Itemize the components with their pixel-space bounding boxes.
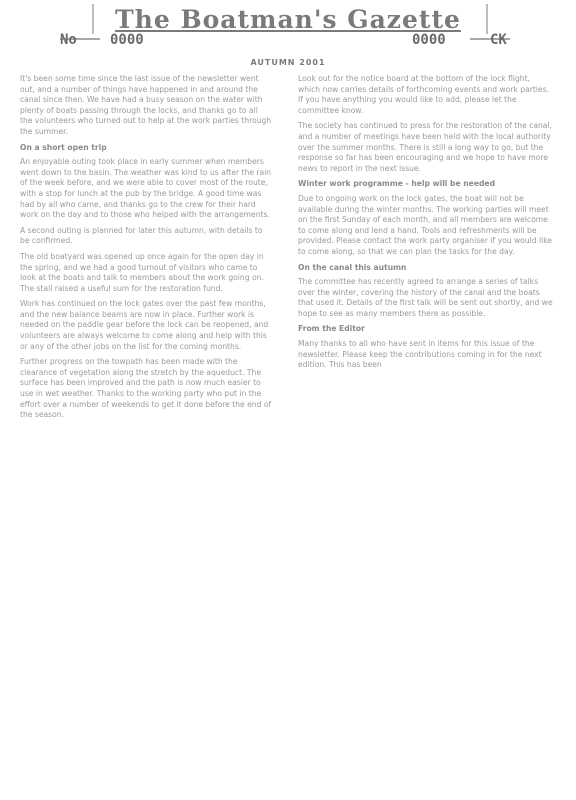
article-paragraph: Look out for the notice board at the bot…: [298, 74, 554, 116]
section-heading: From the Editor: [298, 324, 554, 335]
issue-number-value: 0000: [110, 32, 144, 48]
article-paragraph: A second outing is planned for later thi…: [20, 226, 272, 247]
article-paragraph: The society has continued to press for t…: [298, 121, 554, 174]
volume-value: 0000: [412, 32, 446, 48]
issue-number-label: No: [60, 32, 77, 48]
article-paragraph: Further progress on the towpath has been…: [20, 357, 272, 421]
article-paragraph: Work has continued on the lock gates ove…: [20, 299, 272, 352]
section-heading: Winter work programme - help will be nee…: [298, 179, 554, 190]
volume-label: CK: [490, 32, 507, 48]
article-paragraph: It's been some time since the last issue…: [20, 74, 272, 138]
right-column: Look out for the notice board at the bot…: [298, 74, 554, 376]
newsletter-title: The Boatman's Gazette: [100, 6, 476, 34]
article-paragraph: The old boatyard was opened up once agai…: [20, 252, 272, 294]
left-column: It's been some time since the last issue…: [20, 74, 272, 426]
article-paragraph: The committee has recently agreed to arr…: [298, 277, 554, 319]
section-heading: On a short open trip: [20, 143, 272, 154]
article-paragraph: Due to ongoing work on the lock gates, t…: [298, 194, 554, 258]
article-paragraph: An enjoyable outing took place in early …: [20, 157, 272, 221]
masthead: The Boatman's Gazette No 0000 0000 CK: [0, 0, 576, 56]
section-heading: On the canal this autumn: [298, 263, 554, 274]
article-paragraph: Many thanks to all who have sent in item…: [298, 339, 554, 371]
issue-date: AUTUMN 2001: [0, 58, 576, 67]
